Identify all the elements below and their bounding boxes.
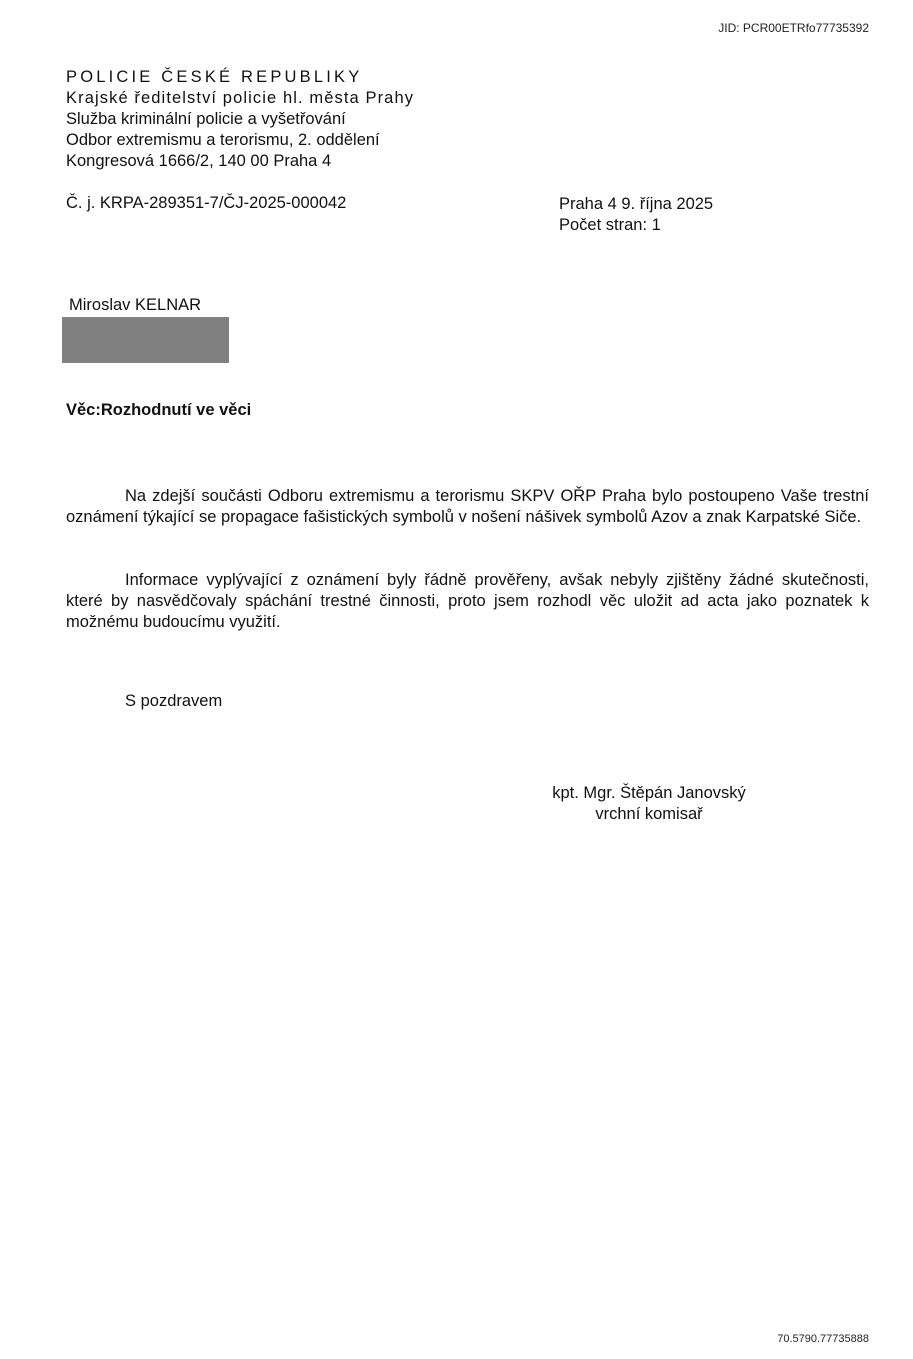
reference-number: Č. j. KRPA-289351-7/ČJ-2025-000042 — [66, 194, 346, 213]
letterhead-line-service: Služba kriminální policie a vyšetřování — [66, 109, 414, 130]
signature-block: kpt. Mgr. Štěpán Janovský vrchní komisař — [520, 783, 778, 825]
signatory-role: vrchní komisař — [520, 804, 778, 825]
recipient-name: Miroslav KELNAR — [69, 296, 201, 315]
footer-code: 70.5790.77735888 — [777, 1333, 869, 1345]
letterhead-title: POLICIE ČESKÉ REPUBLIKY — [66, 67, 414, 88]
document-jid: JID: PCR00ETRfo77735392 — [718, 21, 869, 35]
place-date: Praha 4 9. října 2025 — [559, 194, 713, 215]
letterhead-line-regional-directorate: Krajské ředitelství policie hl. města Pr… — [66, 88, 414, 109]
place-date-block: Praha 4 9. října 2025 Počet stran: 1 — [559, 194, 713, 236]
letterhead: POLICIE ČESKÉ REPUBLIKY Krajské ředitels… — [66, 67, 414, 172]
body-paragraph: Informace vyplývající z oznámení byly řá… — [66, 570, 869, 633]
body-paragraph: Na zdejší součásti Odboru extremismu a t… — [66, 486, 869, 528]
letterhead-line-department: Odbor extremismu a terorismu, 2. oddělen… — [66, 130, 414, 151]
signatory-name: kpt. Mgr. Štěpán Janovský — [520, 783, 778, 804]
letterhead-line-address: Kongresová 1666/2, 140 00 Praha 4 — [66, 151, 414, 172]
subject-line: Věc:Rozhodnutí ve věci — [66, 401, 251, 420]
closing-greeting: S pozdravem — [125, 692, 222, 711]
page-count: Počet stran: 1 — [559, 215, 713, 236]
redacted-address-block — [62, 317, 229, 363]
